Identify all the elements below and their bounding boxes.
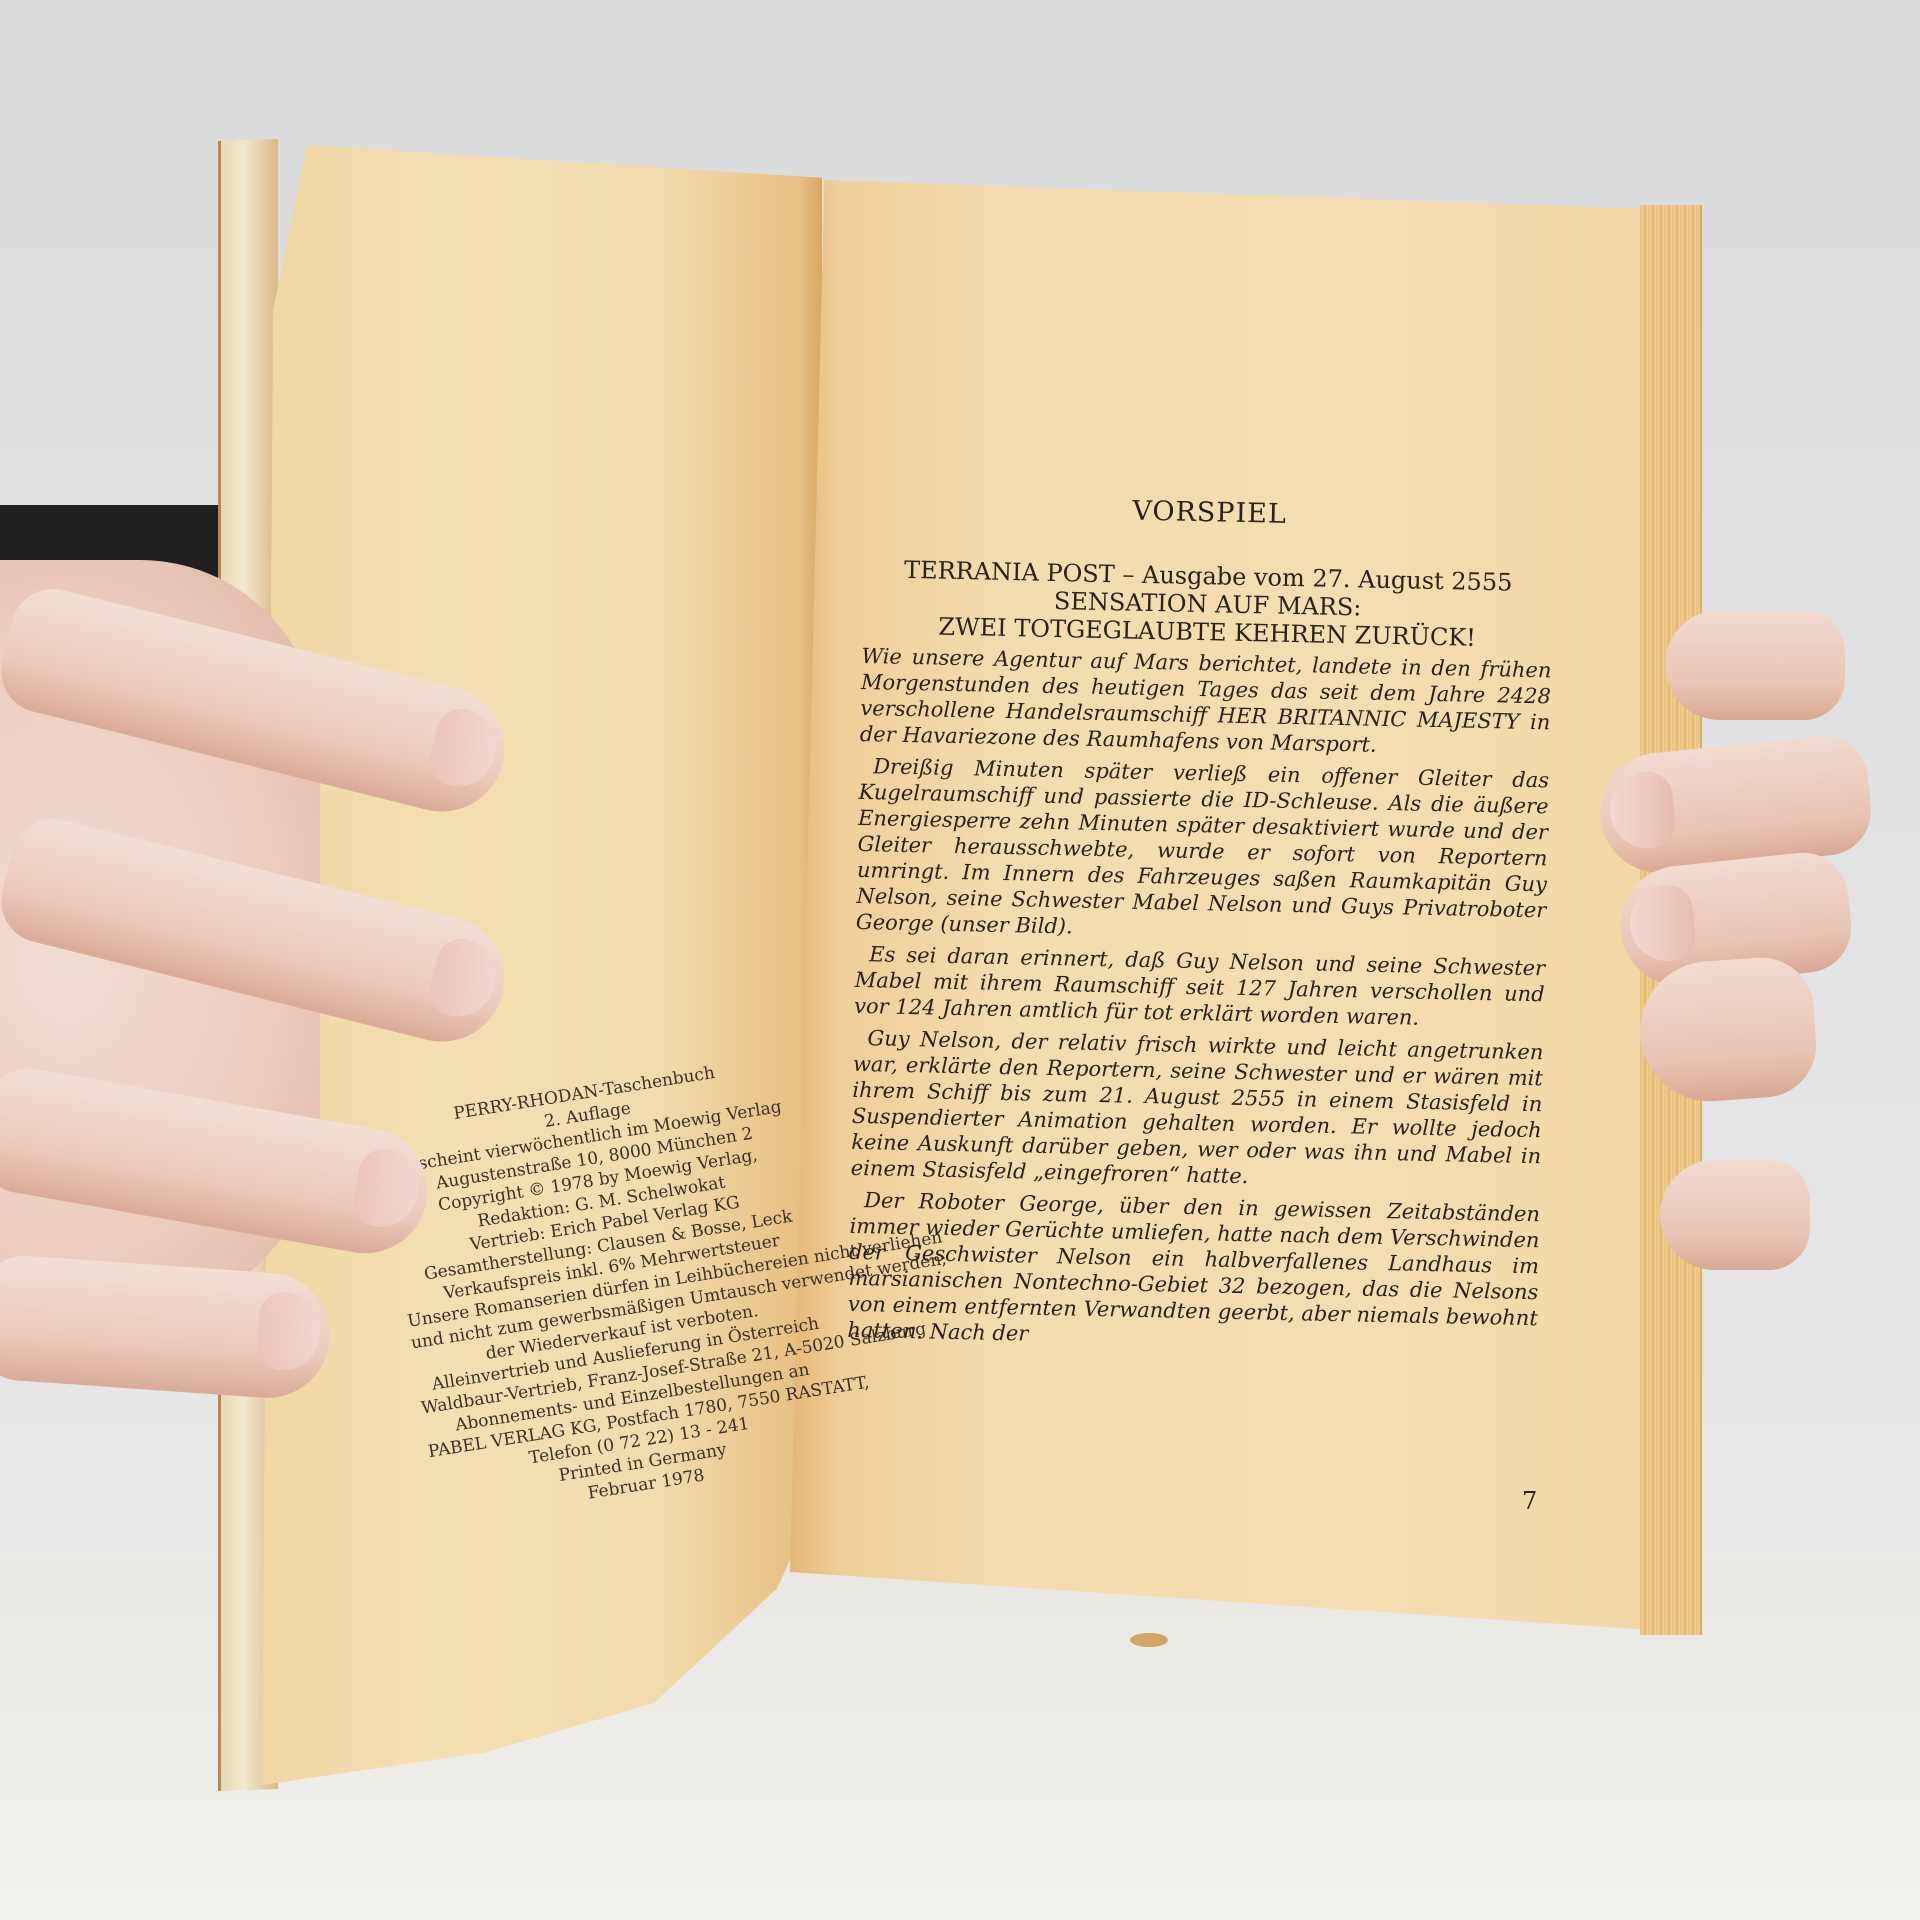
- left-little-finger: [0, 1253, 334, 1402]
- table-stain: [1130, 1633, 1168, 1647]
- paragraph: Es sei daran erinnert, daß Guy Nelson un…: [854, 941, 1545, 1033]
- right-little-finger: [1660, 1160, 1810, 1270]
- paragraph: Wie unsere Agentur auf Mars berichtet, l…: [860, 643, 1552, 761]
- paragraph: Dreißig Minuten später verließ ein offen…: [856, 753, 1550, 949]
- fingernail: [424, 704, 503, 795]
- fingernail: [424, 934, 503, 1025]
- page-number: 7: [1522, 1487, 1537, 1515]
- imprint-block: PERRY-RHODAN-Taschenbuch 2. Auflage ersc…: [375, 1050, 855, 1529]
- fingernail: [1626, 883, 1698, 965]
- body-text: Wie unsere Agentur auf Mars berichtet, l…: [847, 643, 1552, 1357]
- fingernail: [350, 1145, 425, 1233]
- paragraph: Der Roboter George, über den in gewissen…: [847, 1187, 1540, 1357]
- paragraph: Guy Nelson, der relativ frisch wirkte un…: [851, 1025, 1544, 1195]
- page-content: VORSPIEL TERRANIA POST – Ausgabe vom 27.…: [847, 490, 1555, 1363]
- fingernail: [1606, 770, 1678, 852]
- fingernail: [255, 1290, 322, 1372]
- right-thumb-tip: [1665, 610, 1845, 720]
